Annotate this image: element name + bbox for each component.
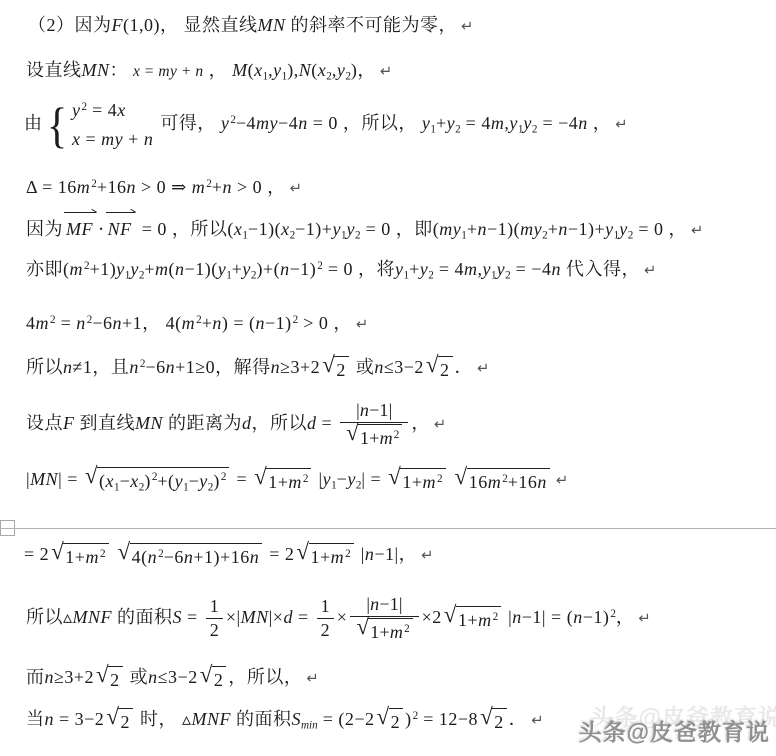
radical: √2 <box>377 708 404 734</box>
paragraph-mark: ↵ <box>531 712 544 729</box>
radical: √4(n2−6n+1)+16n <box>118 543 263 569</box>
solution-line-10: |MN| = √(x1−x2)2+(y1−y2)2 = √1+m2 |y1−y2… <box>26 466 569 495</box>
equation-system: {y2 = 4xx = my + n <box>45 100 154 149</box>
radical: √1+m2 <box>296 543 353 569</box>
paragraph-mark: ↵ <box>380 63 393 80</box>
radical: √2 <box>106 708 133 734</box>
radical: √2 <box>480 708 507 734</box>
solution-line-1: （2）因为F(1,0)， 显然直线MN 的斜率不可能为零，↵ <box>28 12 474 38</box>
solution-line-11: = 2√1+m2 √4(n2−6n+1)+16n = 2√1+m2 |n−1|，… <box>24 541 434 569</box>
radical: √16m2+16n <box>455 468 550 494</box>
solution-line-6: 亦即(m2+1)y1y2+m(n−1)(y1+y2)+(n−1)2 = 0 ，将… <box>26 256 657 284</box>
paragraph-mark: ↵ <box>638 610 651 627</box>
paragraph-mark: ↵ <box>615 116 628 133</box>
document-page: （2）因为F(1,0)， 显然直线MN 的斜率不可能为零，↵设直线MN： x =… <box>0 0 776 756</box>
paragraph-mark: ↵ <box>290 180 303 197</box>
radical: √2 <box>322 356 349 382</box>
solution-line-7: 4m2 = n2−6n+1， 4(m2+n) = (n−1)2 > 0 ，↵ <box>26 310 369 336</box>
solution-line-5: 因为MF⋅NF = 0 ，所以(x1−1)(x2−1)+y1y2 = 0 ，即(… <box>26 212 704 244</box>
fraction: |n−1|√1+m2 <box>340 400 408 450</box>
paragraph-mark: ↵ <box>477 360 490 377</box>
radical: √1+m2 <box>388 468 445 494</box>
solution-line-8: 所以n≠1，且n2−6n+1≥0，解得n≥3+2√2 或n≤3−2√2．↵ <box>26 354 490 382</box>
solution-line-4: Δ = 16m2+16n > 0 ⇒ m2+n > 0 ，↵ <box>26 174 302 200</box>
radical: √1+m2 <box>254 468 311 494</box>
page-boundary-line <box>0 528 776 529</box>
paragraph-mark: ↵ <box>434 416 447 433</box>
radical: √(x1−x2)2+(y1−y2)2 <box>85 467 230 496</box>
radical: √2 <box>96 666 123 692</box>
radical: √2 <box>426 356 453 382</box>
radical: √1+m2 <box>51 543 108 569</box>
paragraph-mark: ↵ <box>644 262 657 279</box>
paragraph-mark: ↵ <box>306 670 319 687</box>
solution-line-14: 当n = 3−2√2 时， ▵MNF 的面积Smin = (2−2√2)2 = … <box>26 706 544 734</box>
paragraph-mark: ↵ <box>556 472 569 489</box>
paragraph-mark: ↵ <box>691 222 704 239</box>
solution-line-2: 设直线MN： x = my + n ， M(x1,y1),N(x2,y2)，↵ <box>26 57 393 85</box>
paragraph-mark: ↵ <box>461 18 474 35</box>
fraction: 12 <box>317 596 334 641</box>
radical: √1+m2 <box>356 618 412 644</box>
solution-line-12: 所以▵MNF 的面积S = 12×|MN|×d = 12×|n−1|√1+m2×… <box>26 594 651 644</box>
fraction: |n−1|√1+m2 <box>350 594 418 644</box>
vector-overarrow: MF <box>64 212 97 242</box>
solution-line-13: 而n≥3+2√2 或n≤3−2√2，所以，↵ <box>26 664 319 692</box>
paragraph-mark: ↵ <box>421 547 434 564</box>
radical: √1+m2 <box>444 606 501 632</box>
solution-line-9: 设点F 到直线MN 的距离为d，所以d = |n−1|√1+m2，↵ <box>26 400 447 450</box>
fraction: 12 <box>206 596 223 641</box>
radical: √2 <box>200 666 227 692</box>
watermark: 头条@皮爸教育说 <box>579 714 770 747</box>
paragraph-mark: ↵ <box>356 316 369 333</box>
solution-line-3: 由{y2 = 4xx = my + n 可得， y2−4my−4n = 0 ，所… <box>24 100 628 149</box>
vector-overarrow: NF <box>106 212 136 242</box>
radical: √1+m2 <box>346 424 402 450</box>
